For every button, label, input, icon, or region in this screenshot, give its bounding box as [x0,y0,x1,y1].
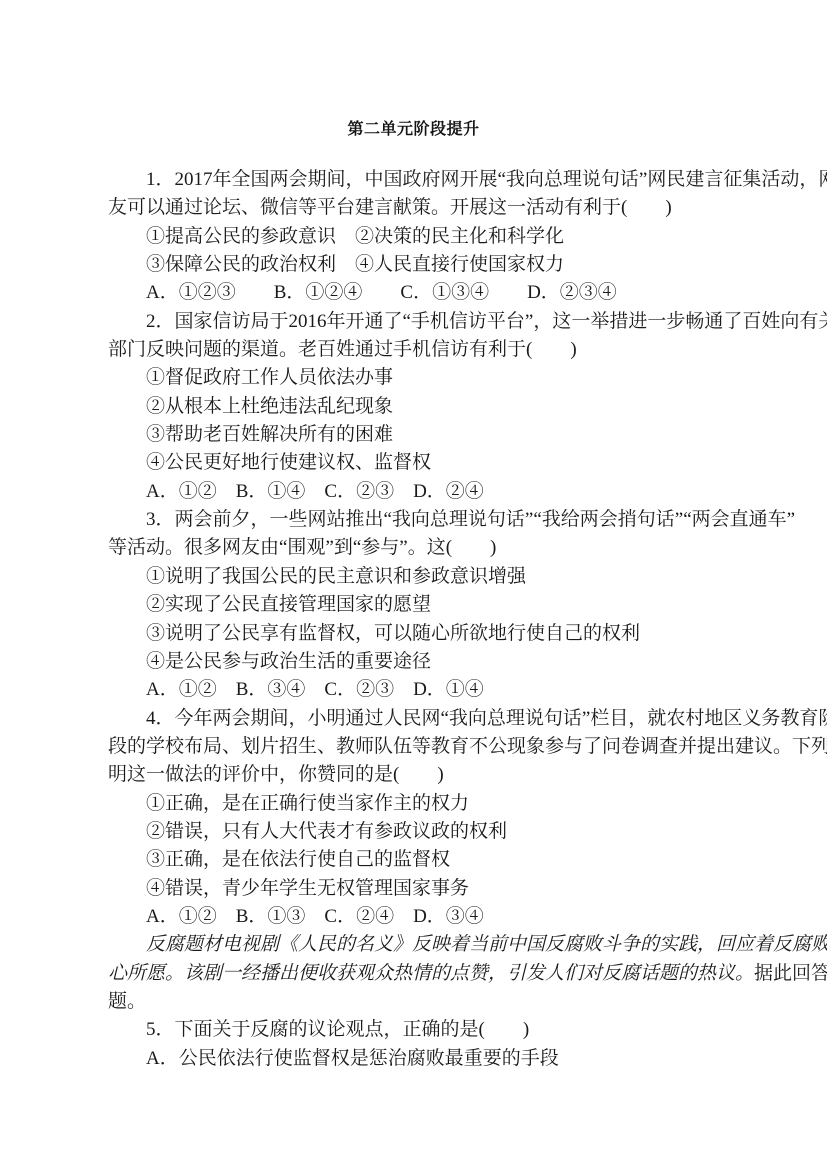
text-run: ①正确，是在正确行使当家作主的权力 [146,793,469,814]
q4-stem-line-2: 段的学校布局、划片招生、教师队伍等教育不公现象参与了问卷调查并提出建议。下列对小 [108,733,713,761]
page-title: 第二单元阶段提升 [0,120,827,140]
q3-item-3: ③说明了公民享有监督权，可以随心所欲地行使自己的权利 [108,620,713,648]
passage-line-3: 题。 [108,988,713,1016]
text-run: ②从根本上杜绝违法乱纪现象 [146,396,393,417]
q2-choices: A．①② B．①④ C．②③ D．②④ [108,478,713,506]
q1-stem-line-1: 1．2017年全国两会期间，中国政府网开展“我向总理说句话”网民建言征集活动，网 [108,166,713,194]
text-run: ①说明了我国公民的民主意识和参政意识增强 [146,566,526,587]
text-run: A．①② B．③④ C．②③ D．①④ [146,679,484,700]
text-run: 题。 [108,991,146,1012]
text-run: 4．今年两会期间，小明通过人民网“我向总理说句话”栏目，就农村地区义务教育阶 [146,708,827,729]
q3-item-2: ②实现了公民直接管理国家的愿望 [108,591,713,619]
text-run: 2．国家信访局于2016年开通了“手机信访平台”，这一举措进一步畅通了百姓向有关 [146,311,827,332]
text-run: 友可以通过论坛、微信等平台建言献策。开展这一活动有利于( ) [108,197,672,218]
text-run: ④是公民参与政治生活的重要途径 [146,651,431,672]
text-run: ②实现了公民直接管理国家的愿望 [146,594,431,615]
q4-item-1: ①正确，是在正确行使当家作主的权力 [108,790,713,818]
q4-stem-line-3: 明这一做法的评价中，你赞同的是( ) [108,761,713,789]
q1-choices: A．①②③ B．①②④ C．①③④ D．②③④ [108,279,713,307]
q5-stem: 5．下面关于反腐的议论观点，正确的是( ) [108,1016,713,1044]
q3-stem-line-2: 等活动。很多网友由“围观”到“参与”。这( ) [108,534,713,562]
q4-stem-line-1: 4．今年两会期间，小明通过人民网“我向总理说句话”栏目，就农村地区义务教育阶 [108,705,713,733]
q4-item-2: ②错误，只有人大代表才有参政议政的权利 [108,818,713,846]
q1-items-line-1: ①提高公民的参政意识 ②决策的民主化和科学化 [108,223,713,251]
document-body: 1．2017年全国两会期间，中国政府网开展“我向总理说句话”网民建言征集活动，网… [108,166,713,1073]
q1-stem-line-2: 友可以通过论坛、微信等平台建言献策。开展这一活动有利于( ) [108,194,713,222]
text-run: 1．2017年全国两会期间，中国政府网开展“我向总理说句话”网民建言征集活动，网 [146,169,827,190]
q4-item-3: ③正确，是在依法行使自己的监督权 [108,846,713,874]
q3-choices: A．①② B．③④ C．②③ D．①④ [108,676,713,704]
q4-item-4: ④错误，青少年学生无权管理国家事务 [108,875,713,903]
passage-line-1: 反腐题材电视剧《人民的名义》反映着当前中国反腐败斗争的实践，回应着反腐败的民 [108,931,713,959]
document-page: 第二单元阶段提升 1．2017年全国两会期间，中国政府网开展“我向总理说句话”网… [0,0,827,1169]
text-run: A．①② B．①④ C．②③ D．②④ [146,481,484,502]
passage-kai-text: 反腐题材电视剧《人民的名义》反映着当前中国反腐败斗争的实践，回应着反腐败的民 [146,934,827,955]
q2-item-2: ②从根本上杜绝违法乱纪现象 [108,393,713,421]
q2-item-1: ①督促政府工作人员依法办事 [108,364,713,392]
q4-choices: A．①② B．①③ C．②④ D．③④ [108,903,713,931]
text-run: ④公民更好地行使建议权、监督权 [146,452,431,473]
text-run: A．①② B．①③ C．②④ D．③④ [146,906,484,927]
text-run: 5．下面关于反腐的议论观点，正确的是( ) [146,1019,529,1040]
q2-stem-line-1: 2．国家信访局于2016年开通了“手机信访平台”，这一举措进一步畅通了百姓向有关 [108,308,713,336]
text-run: ①督促政府工作人员依法办事 [146,367,393,388]
text-run: ①提高公民的参政意识 ②决策的民主化和科学化 [146,226,564,247]
text-run: 段的学校布局、划片招生、教师队伍等教育不公现象参与了问卷调查并提出建议。下列对小 [108,736,827,757]
q2-item-4: ④公民更好地行使建议权、监督权 [108,449,713,477]
text-run: 明这一做法的评价中，你赞同的是( ) [108,764,444,785]
text-run: ④错误，青少年学生无权管理国家事务 [146,878,469,899]
text-run: ③保障公民的政治权利 ④人民直接行使国家权力 [146,254,564,275]
q2-stem-line-2: 部门反映问题的渠道。老百姓通过手机信访有利于( ) [108,336,713,364]
passage-line-2: 心所愿。该剧一经播出便收获观众热情的点赞，引发人们对反腐话题的热议。据此回答5～… [108,960,713,988]
q3-item-1: ①说明了我国公民的民主意识和参政意识增强 [108,563,713,591]
text-run: A．①②③ B．①②④ C．①③④ D．②③④ [146,282,617,303]
text-run: A．公民依法行使监督权是惩治腐败最重要的手段 [146,1048,559,1069]
text-run: ③说明了公民享有监督权，可以随心所欲地行使自己的权利 [146,623,640,644]
q1-items-line-2: ③保障公民的政治权利 ④人民直接行使国家权力 [108,251,713,279]
q3-item-4: ④是公民参与政治生活的重要途径 [108,648,713,676]
text-run: 3．两会前夕，一些网站推出“我向总理说句话”“我给两会捎句话”“两会直通车” [146,509,795,530]
text-run: 部门反映问题的渠道。老百姓通过手机信访有利于( ) [108,339,577,360]
text-run: ③帮助老百姓解决所有的困难 [146,424,393,445]
text-run: 据此回答5～6 [754,963,827,984]
text-run: ③正确，是在依法行使自己的监督权 [146,849,450,870]
q2-item-3: ③帮助老百姓解决所有的困难 [108,421,713,449]
text-run: 等活动。很多网友由“围观”到“参与”。这( ) [108,537,496,558]
q5-option-a: A．公民依法行使监督权是惩治腐败最重要的手段 [108,1045,713,1073]
q3-stem-line-1: 3．两会前夕，一些网站推出“我向总理说句话”“我给两会捎句话”“两会直通车” [108,506,713,534]
passage-kai-text: 心所愿。该剧一经播出便收获观众热情的点赞，引发人们对反腐话题的热议。 [108,963,754,984]
text-run: ②错误，只有人大代表才有参政议政的权利 [146,821,507,842]
